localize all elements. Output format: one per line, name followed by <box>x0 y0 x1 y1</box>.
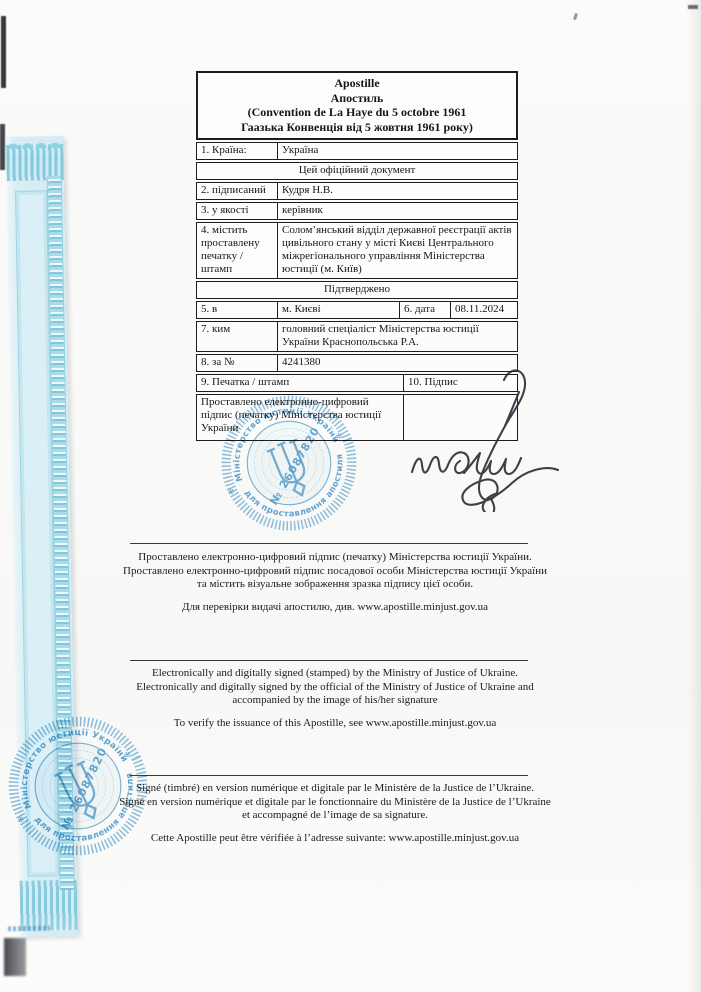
field-capacity-label: 3. у якості <box>197 203 278 219</box>
title-line: Гаазька Конвенція від 5 жовтня 1961 року… <box>241 120 473 134</box>
note-line: Electronically and digitally signed (sta… <box>104 667 566 681</box>
scan-edge-artifact <box>688 5 698 9</box>
table-row-place-date: 5. в м. Києві 6. дата 08.11.2024 <box>196 301 518 319</box>
table-row-bears-seal: 4. містить проставлену печатку / штамп С… <box>196 222 518 279</box>
separator-line <box>130 775 528 776</box>
field-at-label: 5. в <box>197 302 278 318</box>
note-ukrainian: Проставлено електронно-цифровий підпис (… <box>104 551 566 614</box>
title-line: Apostille <box>334 76 379 90</box>
scan-edge-artifact <box>1 16 6 88</box>
note-line: Проставлено електронно-цифровий підпис (… <box>104 551 566 565</box>
field-by-label: 7. ким <box>197 322 278 351</box>
note-english: Electronically and digitally signed (sta… <box>104 667 566 730</box>
seal-star-icon: ✻ <box>16 814 26 825</box>
seal-star-icon: ✻ <box>227 486 237 497</box>
note-line: Проставлено електронно-цифровий підпис п… <box>104 565 566 579</box>
note-line: та містить візуальне зображення зразка п… <box>104 578 566 592</box>
certified-line: Підтверджено <box>197 282 517 298</box>
scan-edge-artifact <box>0 124 5 170</box>
note-line: accompanied by the image of his/her sign… <box>104 694 566 708</box>
separator-line <box>130 543 528 544</box>
scanned-apostille-document: Apostille Апостиль (Convention de La Hay… <box>0 0 701 992</box>
official-document-line: Цей офіційний документ <box>197 163 517 179</box>
field-date-value: 08.11.2024 <box>451 302 517 318</box>
handwritten-signature <box>400 362 590 512</box>
field-signed-by-label: 2. підписаний <box>197 183 278 199</box>
title-line: (Convention de La Haye du 5 octobre 1961 <box>248 105 467 119</box>
scan-speck-artifact <box>573 13 578 21</box>
verify-line: Для перевірки видачі апостилю, див. www.… <box>104 601 566 615</box>
field-bears-seal-value: Солом’янський відділ державної реєстраці… <box>278 223 517 278</box>
field-date-label: 6. дата <box>400 302 451 318</box>
field-capacity-value: керівник <box>278 203 517 219</box>
note-line: Signé (timbré) en version numérique et d… <box>104 782 566 796</box>
title-line: Апостиль <box>331 91 384 105</box>
note-line: Electronically and digitally signed by t… <box>104 681 566 695</box>
table-row-certified: Підтверджено <box>196 281 518 299</box>
verify-line: Cette Apostille peut être vérifiée à l’a… <box>104 832 566 846</box>
field-at-value: м. Києві <box>278 302 400 318</box>
scan-smudge-artifact <box>4 938 26 976</box>
field-signed-by-value: Кудря Н.В. <box>278 183 517 199</box>
apostille-title: Apostille Апостиль (Convention de La Hay… <box>196 71 518 140</box>
certificate-serial-mark <box>8 926 50 932</box>
field-country-label: 1. Країна: <box>197 143 278 159</box>
table-row-official-document: Цей офіційний документ <box>196 162 518 180</box>
table-row-country: 1. Країна: Україна <box>196 142 518 160</box>
separator-line <box>130 660 528 661</box>
field-number-label: 8. за № <box>197 355 278 371</box>
field-country-value: Україна <box>278 143 517 159</box>
field-by-value: головний спеціаліст Міністерства юстиції… <box>278 322 517 351</box>
field-bears-seal-label: 4. містить проставлену печатку / штамп <box>197 223 278 278</box>
table-row-by: 7. ким головний спеціаліст Міністерства … <box>196 321 518 352</box>
table-row-signed-by: 2. підписаний Кудря Н.В. <box>196 182 518 200</box>
verify-line: To verify the issuance of this Apostille… <box>104 717 566 731</box>
table-row-capacity: 3. у якості керівник <box>196 202 518 220</box>
